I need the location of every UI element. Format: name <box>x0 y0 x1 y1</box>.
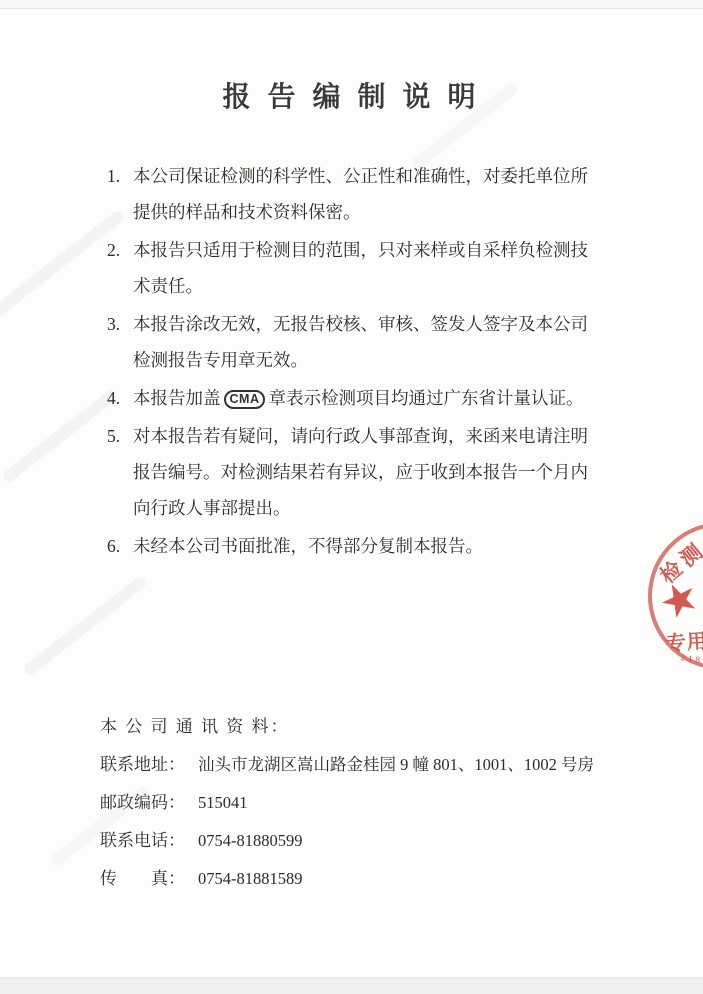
contact-value: 0754-81880599 <box>198 831 303 850</box>
note-number: 6. <box>107 528 120 564</box>
note-text: 本公司保证检测的科学性、公正性和准确性，对委托单位所提供的样品和技术资料保密。 <box>133 166 588 222</box>
page-title: 报 告 编 制 说 明 <box>0 0 703 112</box>
note-number: 2. <box>107 232 120 268</box>
contact-value: 0754-81881589 <box>198 869 303 888</box>
note-number: 3. <box>107 306 120 342</box>
note-number: 4. <box>107 380 120 416</box>
contact-label: 联系地址： <box>100 747 198 783</box>
note-number: 5. <box>107 418 120 454</box>
note-item: 1. 本公司保证检测的科学性、公正性和准确性，对委托单位所提供的样品和技术资料保… <box>107 158 604 230</box>
contact-heading: 本 公 司 通 讯 资 料： <box>100 709 703 745</box>
stamp-serial-digits: 2188 <box>680 652 703 666</box>
note-number: 1. <box>107 158 120 194</box>
document-page: 报 告 编 制 说 明 1. 本公司保证检测的科学性、公正性和准确性，对委托单位… <box>0 0 703 994</box>
stamp-text-top: 检测 <box>653 533 703 589</box>
note-item: 6. 未经本公司书面批准，不得部分复制本报告。 <box>107 528 604 564</box>
note-item: 4. 本报告加盖CMA章表示检测项目均通过广东省计量认证。 <box>107 380 604 416</box>
star-icon: ★ <box>652 572 703 629</box>
note-text: 本报告加盖 <box>133 388 221 408</box>
note-text: 章表示检测项目均通过广东省计量认证。 <box>268 388 583 408</box>
contact-row-postcode: 邮政编码：515041 <box>100 785 703 821</box>
contact-row-address: 联系地址：汕头市龙湖区嵩山路金桂园 9 幢 801、1001、1002 号房 <box>100 747 703 783</box>
note-text: 本报告只适用于检测目的范围，只对来样或自采样负检测技术责任。 <box>133 240 588 296</box>
contact-block: 本 公 司 通 讯 资 料： 联系地址：汕头市龙湖区嵩山路金桂园 9 幢 801… <box>100 709 703 897</box>
notes-list: 1. 本公司保证检测的科学性、公正性和准确性，对委托单位所提供的样品和技术资料保… <box>107 158 604 564</box>
contact-row-fax: 传 真：0754-81881589 <box>100 861 703 897</box>
note-item: 3. 本报告涂改无效，无报告校核、审核、签发人签字及本公司检测报告专用章无效。 <box>107 306 604 378</box>
scan-artifact <box>22 575 148 677</box>
contact-row-phone: 联系电话：0754-81880599 <box>100 823 703 859</box>
note-item: 2. 本报告只适用于检测目的范围，只对来样或自采样负检测技术责任。 <box>107 232 604 304</box>
contact-value: 汕头市龙湖区嵩山路金桂园 9 幢 801、1001、1002 号房 <box>198 755 594 774</box>
cma-certification-badge: CMA <box>224 390 266 409</box>
contact-value: 515041 <box>198 793 248 812</box>
scan-artifact <box>1 388 119 484</box>
stamp-text-bottom: 专用 <box>665 624 703 656</box>
red-seal-stamp: 检测 ★ 专用 2188 <box>632 506 703 685</box>
note-text: 本报告涂改无效，无报告校核、审核、签发人签字及本公司检测报告专用章无效。 <box>133 314 588 370</box>
contact-label: 邮政编码： <box>100 785 198 821</box>
scan-edge-bottom <box>0 977 703 994</box>
contact-label: 联系电话： <box>100 823 198 859</box>
note-text: 对本报告若有疑问，请向行政人事部查询，来函来电请注明报告编号。对检测结果若有异议… <box>133 426 588 518</box>
scan-edge-top <box>0 0 703 9</box>
note-text: 未经本公司书面批准，不得部分复制本报告。 <box>133 536 483 556</box>
note-item: 5. 对本报告若有疑问，请向行政人事部查询，来函来电请注明报告编号。对检测结果若… <box>107 418 604 526</box>
contact-label: 传 真： <box>100 861 198 897</box>
